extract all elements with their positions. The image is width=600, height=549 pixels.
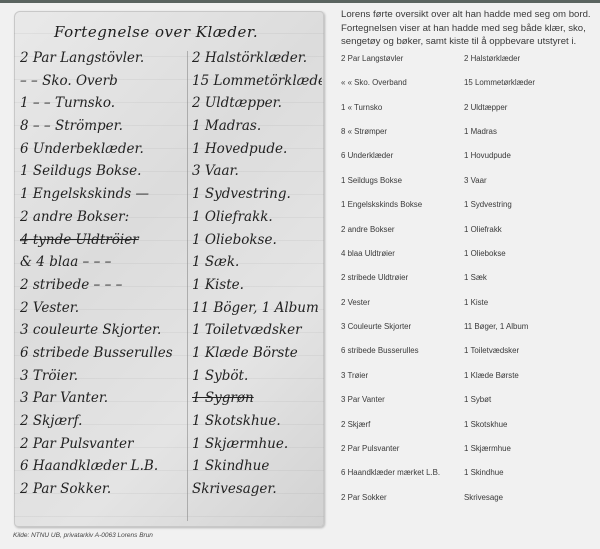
item-left: 4 blaa Uldtrøier [341, 248, 464, 258]
handwritten-left-column: 2 Par Langstövler.– – Sko. Overb1 – – Tu… [20, 47, 185, 501]
list-item: 3 Trøier1 Klæde Børste [341, 370, 593, 394]
handwritten-line: Skrivesager. [192, 478, 322, 501]
item-right: 3 Vaar [464, 175, 593, 185]
item-right: 1 Sæk [464, 272, 593, 282]
item-right: 15 Lommetørklæder [464, 77, 593, 87]
item-right: 1 Kiste [464, 297, 593, 307]
list-item: 2 stribede Uldtrøier1 Sæk [341, 272, 593, 296]
handwritten-line: 1 Engelskskinds — [20, 183, 185, 206]
intro-text: Lorens førte oversikt over alt han hadde… [341, 8, 593, 49]
handwritten-line: 1 Klæde Börste [192, 342, 322, 365]
item-right: 1 Madras [464, 126, 593, 136]
item-left: 8 « Strømper [341, 126, 464, 136]
handwritten-line: 3 Vaar. [192, 160, 322, 183]
item-right: Skrivesage [464, 492, 593, 502]
list-item: 2 Vester1 Kiste [341, 297, 593, 321]
column-divider [187, 51, 188, 521]
handwritten-line: 2 Halstörklæder. [192, 47, 322, 70]
list-item: 1 Seildugs Bokse3 Vaar [341, 175, 593, 199]
list-item: 2 andre Bokser1 Oliefrakk [341, 224, 593, 248]
handwritten-line: & 4 blaa – – – [20, 251, 185, 274]
handwritten-line: 1 Seildugs Bokse. [20, 160, 185, 183]
item-right: 1 Skotskhue [464, 419, 593, 429]
handwritten-line: 2 andre Bokser: [20, 206, 185, 229]
item-left: 2 Skjærf [341, 419, 464, 429]
item-left: 1 « Turnsko [341, 102, 464, 112]
handwritten-line: 6 Haandklæder L.B. [20, 455, 185, 478]
item-right: 1 Skjærmhue [464, 443, 593, 453]
list-item: 3 Par Vanter1 Sybøt [341, 394, 593, 418]
handwritten-line: 1 Hovedpude. [192, 138, 322, 161]
list-item: 3 Couleurte Skjorter11 Bøger, 1 Album [341, 321, 593, 345]
item-right: 1 Oliefrakk [464, 224, 593, 234]
list-item: 6 Haandklæder mærket L.B.1 Skindhue [341, 467, 593, 491]
item-right: 1 Skindhue [464, 467, 593, 477]
item-left: 2 Par Langstøvler [341, 53, 464, 63]
list-item: 2 Par Pulsvanter1 Skjærmhue [341, 443, 593, 467]
list-item: 1 « Turnsko2 Uldtæpper [341, 102, 593, 126]
item-left: 2 andre Bokser [341, 224, 464, 234]
handwritten-line: 1 Sygrøn [192, 387, 322, 410]
item-left: 2 Vester [341, 297, 464, 307]
item-left: 2 Par Sokker [341, 492, 464, 502]
item-right: 1 Hovudpude [464, 150, 593, 160]
transcription-panel: Lorens førte oversikt over alt han hadde… [341, 8, 593, 516]
handwritten-line: 3 Par Vanter. [20, 387, 185, 410]
item-right: 1 Sydvestring [464, 199, 593, 209]
item-left: 2 stribede Uldtrøier [341, 272, 464, 282]
handwritten-line: – – Sko. Overb [20, 70, 185, 93]
handwritten-line: 2 Vester. [20, 297, 185, 320]
handwritten-title: Fortegnelse over Klæder. [54, 23, 258, 41]
handwritten-line: 15 Lommetörklæder [192, 70, 322, 93]
item-left: 1 Seildugs Bokse [341, 175, 464, 185]
handwritten-line: 2 Par Pulsvanter [20, 433, 185, 456]
item-right: 1 Klæde Børste [464, 370, 593, 380]
list-item: « « Sko. Overband15 Lommetørklæder [341, 77, 593, 101]
handwritten-line: 1 Sæk. [192, 251, 322, 274]
item-right: 1 Oliebokse [464, 248, 593, 258]
handwritten-line: 2 Skjærf. [20, 410, 185, 433]
handwritten-line: 2 Par Sokker. [20, 478, 185, 501]
item-left: 3 Couleurte Skjorter [341, 321, 464, 331]
handwritten-line: 1 Kiste. [192, 274, 322, 297]
handwritten-line: 6 stribede Busserulles [20, 342, 185, 365]
item-right: 2 Uldtæpper [464, 102, 593, 112]
item-left: 3 Par Vanter [341, 394, 464, 404]
item-left: 6 Haandklæder mærket L.B. [341, 467, 464, 477]
handwritten-line: 3 Tröier. [20, 365, 185, 388]
top-border [0, 0, 600, 3]
list-item: 4 blaa Uldtrøier1 Oliebokse [341, 248, 593, 272]
handwritten-document-scan: Fortegnelse over Klæder. 2 Par Langstövl… [14, 11, 324, 527]
handwritten-line: 1 Oliebokse. [192, 229, 322, 252]
handwritten-line: 1 Syböt. [192, 365, 322, 388]
handwritten-line: 1 Skindhue [192, 455, 322, 478]
handwritten-line: 1 Sydvestring. [192, 183, 322, 206]
item-left: 2 Par Pulsvanter [341, 443, 464, 453]
handwritten-line: 11 Böger, 1 Album [192, 297, 322, 320]
item-right: 1 Sybøt [464, 394, 593, 404]
item-left: 1 Engelskskinds Bokse [341, 199, 464, 209]
handwritten-line: 4 tynde Uldtröier [20, 229, 185, 252]
handwritten-line: 2 stribede – – – [20, 274, 185, 297]
handwritten-line: 1 – – Turnsko. [20, 92, 185, 115]
handwritten-line: 2 Par Langstövler. [20, 47, 185, 70]
handwritten-line: 1 Oliefrakk. [192, 206, 322, 229]
handwritten-line: 6 Underbeklæder. [20, 138, 185, 161]
list-item: 1 Engelskskinds Bokse1 Sydvestring [341, 199, 593, 223]
handwritten-line: 1 Skjærmhue. [192, 433, 322, 456]
transcription-list: 2 Par Langstøvler2 Halstørklæder« « Sko.… [341, 53, 593, 516]
list-item: 2 Skjærf1 Skotskhue [341, 419, 593, 443]
list-item: 2 Par SokkerSkrivesage [341, 492, 593, 516]
handwritten-line: 1 Toiletvædsker [192, 319, 322, 342]
handwritten-line: 1 Skotskhue. [192, 410, 322, 433]
item-right: 11 Bøger, 1 Album [464, 321, 593, 331]
list-item: 6 stribede Busserulles1 Toiletvædsker [341, 345, 593, 369]
handwritten-right-column: 2 Halstörklæder.15 Lommetörklæder2 Uldtæ… [192, 47, 322, 501]
item-left: 3 Trøier [341, 370, 464, 380]
item-right: 2 Halstørklæder [464, 53, 593, 63]
source-caption: Kilde: NTNU UB, privatarkiv A-0063 Loren… [13, 532, 153, 539]
handwritten-line: 3 couleurte Skjorter. [20, 319, 185, 342]
item-left: 6 stribede Busserulles [341, 345, 464, 355]
handwritten-line: 1 Madras. [192, 115, 322, 138]
list-item: 6 Underklæder1 Hovudpude [341, 150, 593, 174]
item-left: 6 Underklæder [341, 150, 464, 160]
handwritten-line: 8 – – Strömper. [20, 115, 185, 138]
list-item: 2 Par Langstøvler2 Halstørklæder [341, 53, 593, 77]
item-right: 1 Toiletvædsker [464, 345, 593, 355]
item-left: « « Sko. Overband [341, 77, 464, 87]
handwritten-line: 2 Uldtæpper. [192, 92, 322, 115]
list-item: 8 « Strømper1 Madras [341, 126, 593, 150]
